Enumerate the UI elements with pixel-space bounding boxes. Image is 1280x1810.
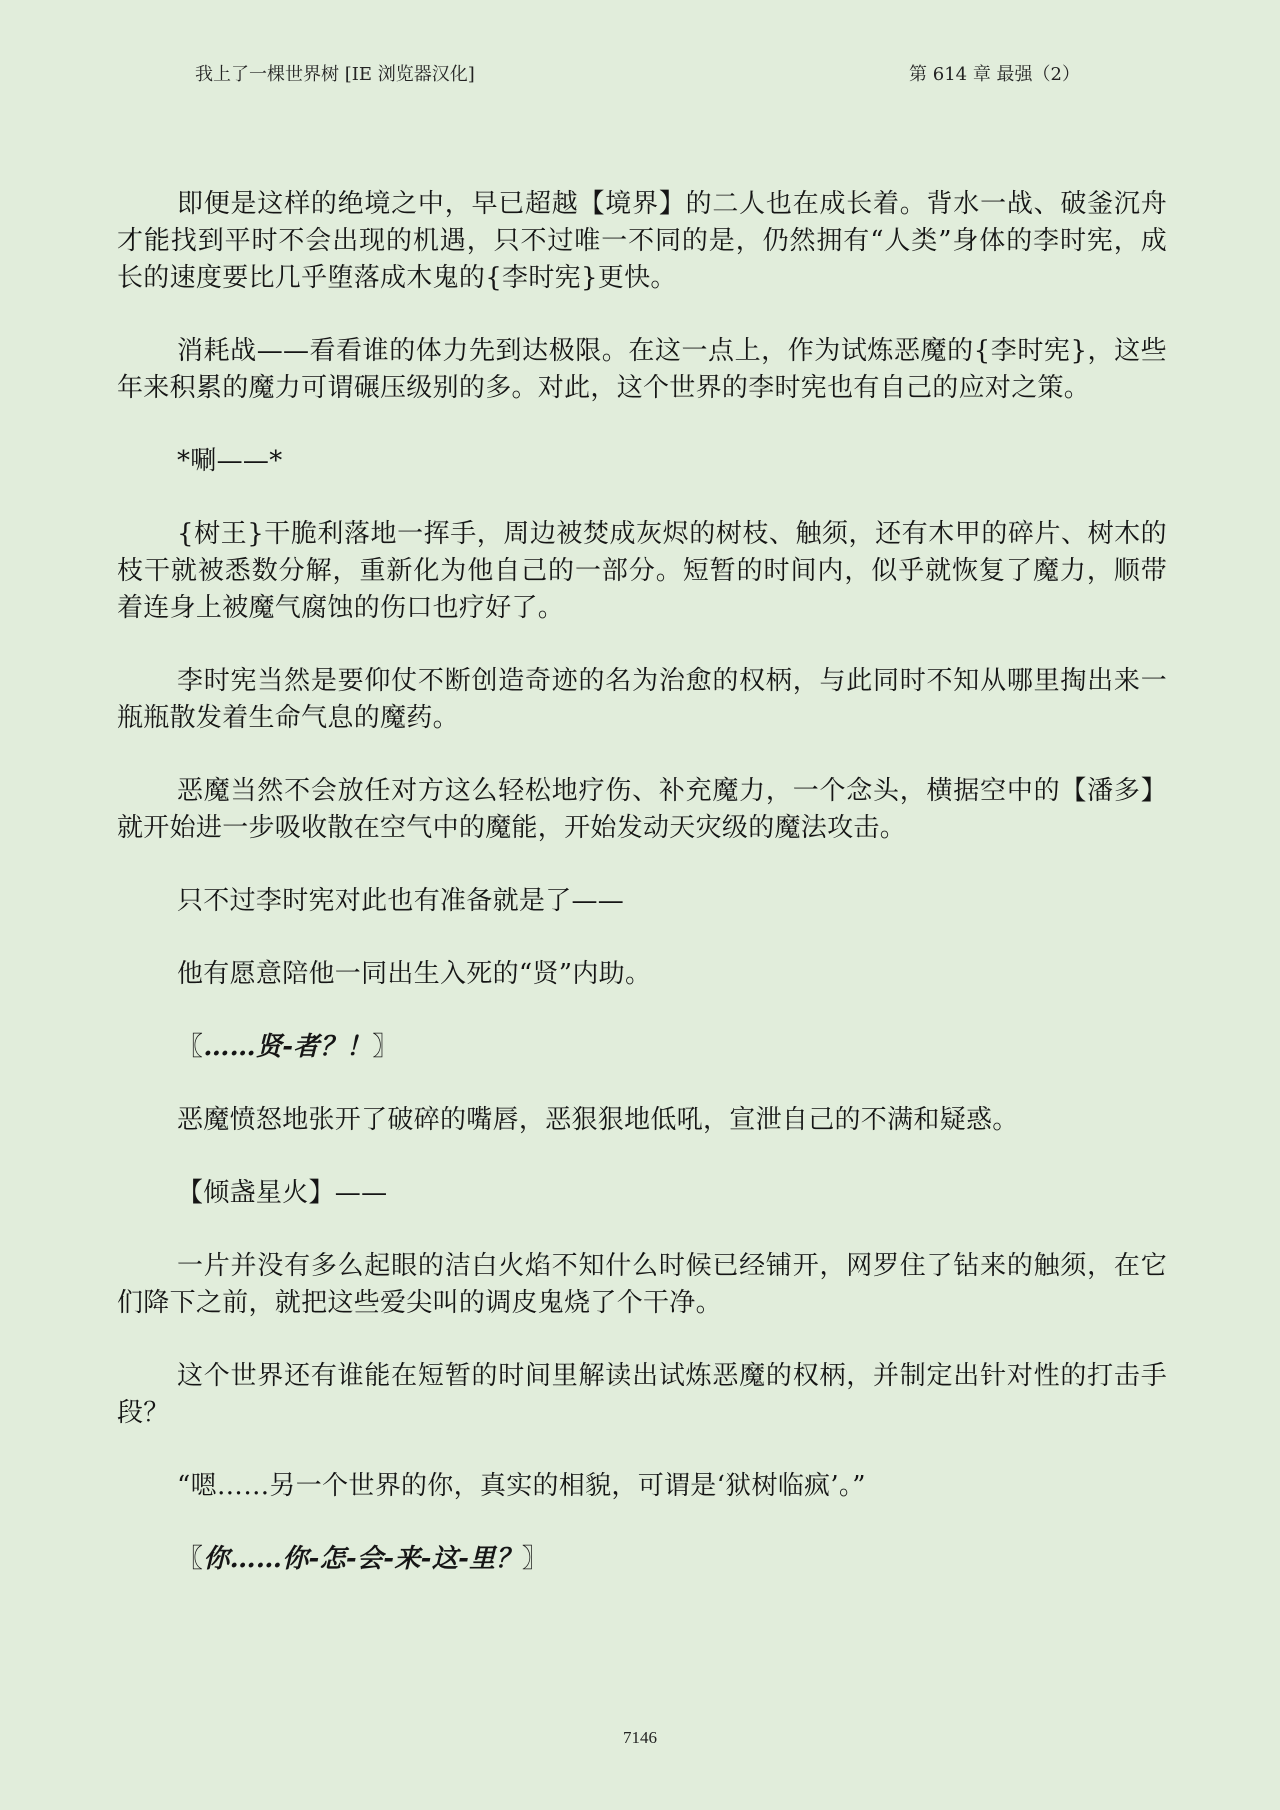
page-number: 7146	[0, 1728, 1280, 1748]
paragraph: 恶魔当然不会放任对方这么轻松地疗伤、补充魔力，一个念头，横据空中的【潘多】就开始…	[117, 773, 1167, 847]
open-bracket: 〖	[177, 1032, 203, 1062]
skill-name-line: 【倾盏星火】——	[117, 1175, 1167, 1212]
page-header: 我上了一棵世界树 [IE 浏览器汉化] 第 614 章 最强（2）	[195, 60, 1080, 90]
paragraph: 即便是这样的绝境之中，早已超越【境界】的二人也在成长着。背水一战、破釜沉舟才能找…	[117, 186, 1167, 297]
paragraph: 一片并没有多么起眼的洁白火焰不知什么时候已经铺开，网罗住了钻来的触须，在它们降下…	[117, 1248, 1167, 1322]
paragraph: 李时宪当然是要仰仗不断创造奇迹的名为治愈的权柄，与此同时不知从哪里掏出来一瓶瓶散…	[117, 663, 1167, 737]
paragraph: 只不过李时宪对此也有准备就是了——	[117, 883, 1167, 920]
sound-effect-line: *唰——*	[117, 443, 1167, 480]
demon-dialogue-line: 〖……贤-者？！〗	[117, 1029, 1167, 1066]
close-bracket: 〗	[372, 1032, 398, 1062]
open-bracket: 〖	[177, 1544, 203, 1574]
demon-dialogue-text: ……贤-者？！	[203, 1032, 372, 1062]
paragraph: 恶魔愤怒地张开了破碎的嘴唇，恶狠狠地低吼，宣泄自己的不满和疑惑。	[117, 1102, 1167, 1139]
demon-dialogue-text: 你……你-怎-会-来-这-里？	[203, 1544, 521, 1574]
close-bracket: 〗	[522, 1544, 548, 1574]
chapter-body: 即便是这样的绝境之中，早已超越【境界】的二人也在成长着。背水一战、破釜沉舟才能找…	[117, 186, 1167, 1614]
dialogue-line: “嗯……另一个世界的你，真实的相貌，可谓是‘狱树临疯’。”	[117, 1468, 1167, 1505]
demon-dialogue-line: 〖你……你-怎-会-来-这-里？〗	[117, 1541, 1167, 1578]
paragraph: 这个世界还有谁能在短暂的时间里解读出试炼恶魔的权柄，并制定出针对性的打击手段？	[117, 1358, 1167, 1432]
paragraph: 消耗战——看看谁的体力先到达极限。在这一点上，作为试炼恶魔的{李时宪}，这些年来…	[117, 333, 1167, 407]
book-title: 我上了一棵世界树 [IE 浏览器汉化]	[195, 60, 475, 86]
paragraph: 他有愿意陪他一同出生入死的“贤”内助。	[117, 956, 1167, 993]
paragraph: {树王}干脆利落地一挥手，周边被焚成灰烬的树枝、触须，还有木甲的碎片、树木的枝干…	[117, 516, 1167, 627]
chapter-title: 第 614 章 最强（2）	[909, 60, 1080, 86]
